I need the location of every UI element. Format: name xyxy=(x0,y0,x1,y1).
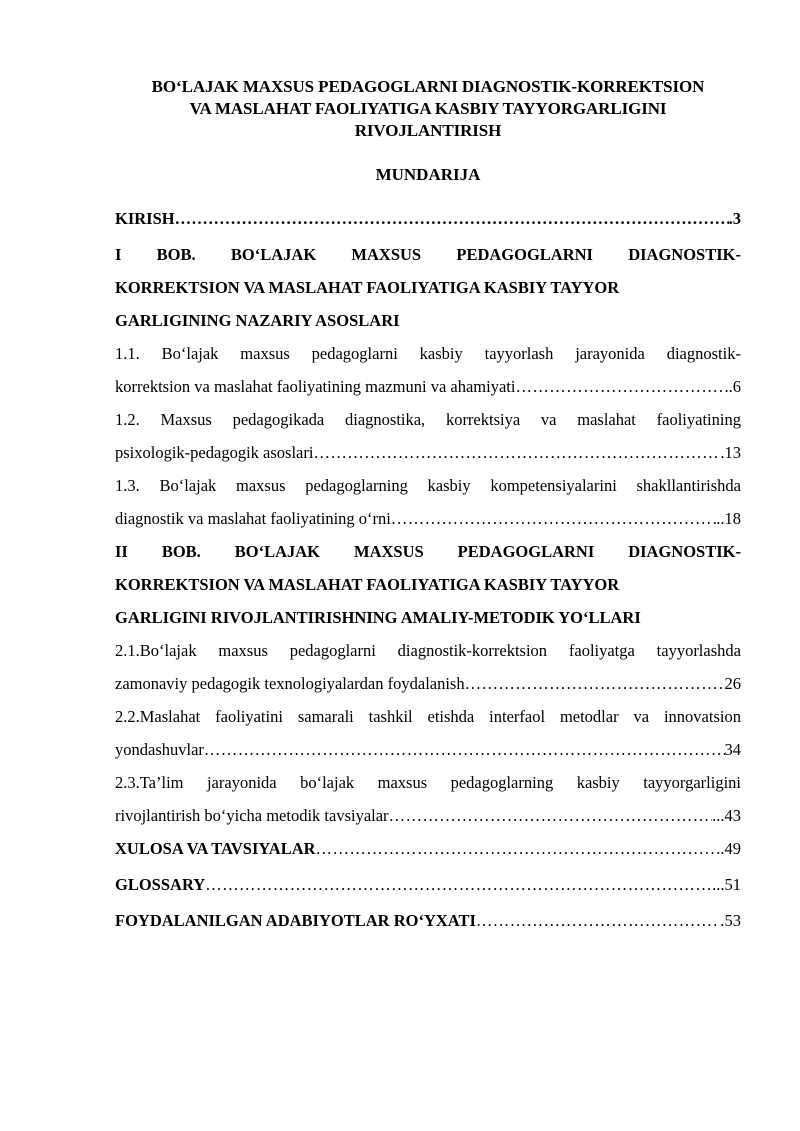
toc-chapter-1[interactable]: IBOB.BO‘LAJAKMAXSUSPEDAGOGLARNIDIAGNOSTI… xyxy=(115,238,741,337)
chapter-line: IBOB.BO‘LAJAKMAXSUSPEDAGOGLARNIDIAGNOSTI… xyxy=(115,238,741,271)
toc-page-number: ...43 xyxy=(712,799,741,832)
dot-leader xyxy=(316,832,717,865)
title-line: RIVOJLANTIRISH xyxy=(115,120,741,142)
toc-entry-label: GLOSSARY xyxy=(115,868,205,901)
chapter-line: KORREKTSION VA MASLAHAT FAOLIYATIGA KASB… xyxy=(115,271,741,304)
dot-leader xyxy=(465,667,725,700)
toc-page-number: ..6 xyxy=(725,370,742,403)
dot-leader xyxy=(515,370,724,403)
table-of-contents: KIRISH .3 IBOB.BO‘LAJAKMAXSUSPEDAGOGLARN… xyxy=(115,202,741,937)
title-line: BO‘LAJAK MAXSUS PEDAGOGLARNI DIAGNOSTIK-… xyxy=(115,76,741,98)
toc-page-number: 26 xyxy=(725,667,742,700)
document-title: BO‘LAJAK MAXSUS PEDAGOGLARNI DIAGNOSTIK-… xyxy=(115,76,741,142)
dot-leader xyxy=(391,502,716,535)
section-line: 1.3.Bo‘lajakmaxsuspedagoglarningkasbiyko… xyxy=(115,469,741,502)
toc-entry-kirish[interactable]: KIRISH .3 xyxy=(115,202,741,235)
section-line: korrektsion va maslahat faoliyatining ma… xyxy=(115,370,515,403)
toc-section-1-1[interactable]: 1.1.Bo‘lajakmaxsuspedagoglarnikasbiytayy… xyxy=(115,337,741,403)
document-page: BO‘LAJAK MAXSUS PEDAGOGLARNI DIAGNOSTIK-… xyxy=(115,76,741,937)
toc-section-1-2[interactable]: 1.2.Maxsuspedagogikadadiagnostika,korrek… xyxy=(115,403,741,469)
dot-leader xyxy=(205,868,712,901)
dot-leader xyxy=(476,904,720,937)
toc-section-1-3[interactable]: 1.3.Bo‘lajakmaxsuspedagoglarningkasbiyko… xyxy=(115,469,741,535)
section-line: yondashuvlar xyxy=(115,733,204,766)
toc-entry-conclusion[interactable]: XULOSA VA TAVSIYALAR ..49 xyxy=(115,832,741,865)
section-line: zamonaviy pedagogik texnologiyalardan fo… xyxy=(115,667,465,700)
toc-entry-glossary[interactable]: GLOSSARY ...51 xyxy=(115,868,741,901)
toc-page-number: .13 xyxy=(720,436,741,469)
dot-leader xyxy=(204,733,725,766)
section-line: diagnostik va maslahat faoliyatining o‘r… xyxy=(115,502,391,535)
chapter-line: KORREKTSION VA MASLAHAT FAOLIYATIGA KASB… xyxy=(115,568,741,601)
toc-page-number: ..49 xyxy=(716,832,741,865)
section-line: rivojlantirish bo‘yicha metodik tavsiyal… xyxy=(115,799,389,832)
toc-entry-label: FOYDALANILGAN ADABIYOTLAR RO‘YXATI xyxy=(115,904,476,937)
toc-chapter-2[interactable]: IIBOB.BO‘LAJAKMAXSUSPEDAGOGLARNIDIAGNOST… xyxy=(115,535,741,634)
toc-section-2-3[interactable]: 2.3.Ta’limjarayonidabo‘lajakmaxsuspedago… xyxy=(115,766,741,832)
toc-page-number: .3 xyxy=(729,202,741,235)
section-line: psixologik-pedagogik asoslari xyxy=(115,436,313,469)
toc-page-number: .53 xyxy=(720,904,741,937)
toc-entry-label: KIRISH xyxy=(115,202,175,235)
dot-leader xyxy=(313,436,720,469)
section-line: 2.1.Bo‘lajakmaxsuspedagoglarnidiagnostik… xyxy=(115,634,741,667)
dot-leader xyxy=(175,202,729,235)
section-line: 1.1.Bo‘lajakmaxsuspedagoglarnikasbiytayy… xyxy=(115,337,741,370)
toc-heading: MUNDARIJA xyxy=(115,164,741,186)
section-line: 2.3.Ta’limjarayonidabo‘lajakmaxsuspedago… xyxy=(115,766,741,799)
section-line: 2.2.Maslahatfaoliyatinisamaralitashkilet… xyxy=(115,700,741,733)
toc-section-2-2[interactable]: 2.2.Maslahatfaoliyatinisamaralitashkilet… xyxy=(115,700,741,766)
chapter-line: IIBOB.BO‘LAJAKMAXSUSPEDAGOGLARNIDIAGNOST… xyxy=(115,535,741,568)
toc-entry-label: XULOSA VA TAVSIYALAR xyxy=(115,832,316,865)
toc-section-2-1[interactable]: 2.1.Bo‘lajakmaxsuspedagoglarnidiagnostik… xyxy=(115,634,741,700)
toc-entry-references[interactable]: FOYDALANILGAN ADABIYOTLAR RO‘YXATI .53 xyxy=(115,904,741,937)
dot-leader xyxy=(389,799,713,832)
chapter-line: GARLIGINING NAZARIY ASOSLARI xyxy=(115,304,741,337)
chapter-line: GARLIGINI RIVOJLANTIRISHNING AMALIY-METO… xyxy=(115,601,741,634)
section-line: 1.2.Maxsuspedagogikadadiagnostika,korrek… xyxy=(115,403,741,436)
toc-page-number: ..18 xyxy=(716,502,741,535)
toc-page-number: 34 xyxy=(725,733,742,766)
title-line: VA MASLAHAT FAOLIYATIGA KASBIY TAYYORGAR… xyxy=(115,98,741,120)
toc-page-number: ...51 xyxy=(712,868,741,901)
